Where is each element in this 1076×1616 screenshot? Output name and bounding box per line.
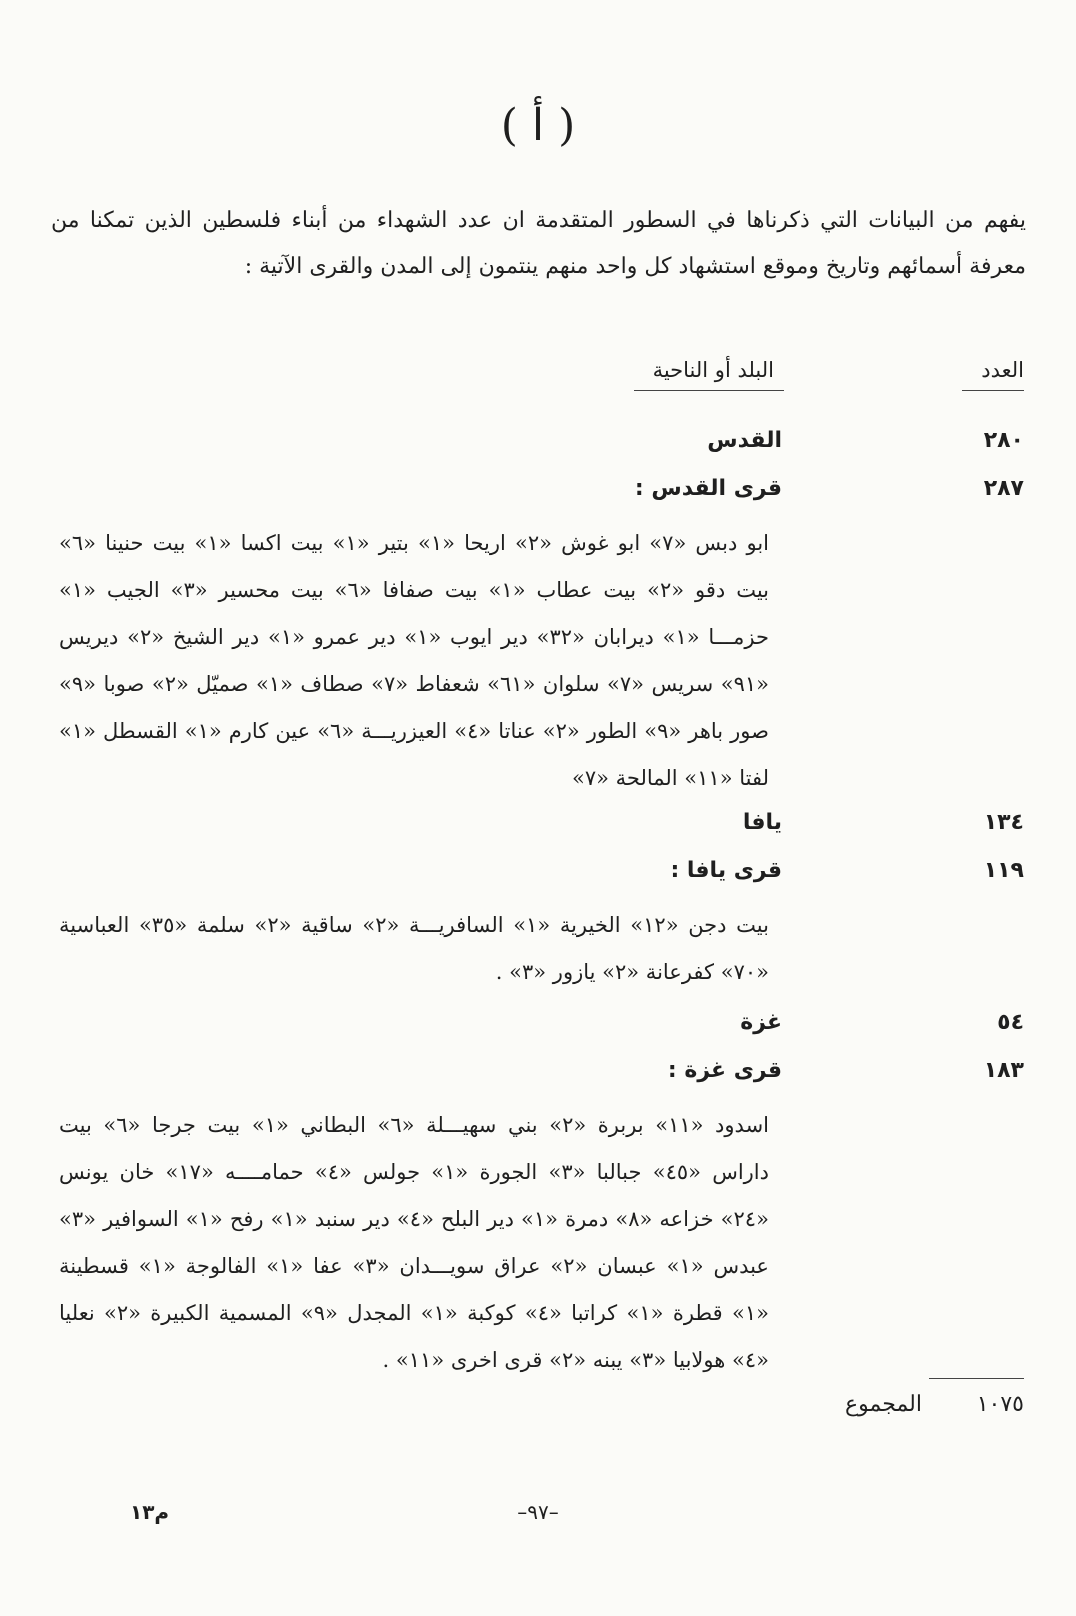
total-count: ١٠٧٥ [934,1392,1024,1417]
entry-name: يافا [743,810,782,835]
entry-row: ٥٤ غزة [94,1010,1024,1054]
total-row: ١٠٧٥ المجموع [845,1378,1024,1417]
column-header-underline [634,390,784,391]
entry-count: ١١٩ [874,858,1024,883]
column-header-place-label: البلد أو الناحية [653,358,774,382]
column-header-count-label: العدد [981,358,1024,382]
entry-name: القدس [707,428,782,453]
entry-count: ٢٨٧ [874,476,1024,501]
entry-gaza-villages: ١٨٣ قرى غزة : اسدود «١١» بربرة «٢» بني س… [94,1058,1024,1384]
entry-count: ٢٨٠ [874,428,1024,453]
total-label: المجموع [845,1392,922,1417]
village-list: بيت دجن «١٢» الخيرية «١» السافريـــة «٢»… [59,902,769,996]
entry-row: ١٣٤ يافا [94,810,1024,854]
document-page: ( أ ) يفهم من البيانات التي ذكرناها في ا… [0,0,1076,1616]
entry-gaza: ٥٤ غزة [94,1010,1024,1054]
section-letter: ( أ ) [0,100,1076,151]
village-list: ابو دبس «٧» ابو غوش «٢» اريحا «١» بتير «… [59,520,769,802]
entry-row: ٢٨٧ قرى القدس : [94,476,1024,520]
entry-name: قرى القدس : [635,476,782,501]
entry-row: ١٨٣ قرى غزة : [94,1058,1024,1102]
entry-row: ١١٩ قرى يافا : [94,858,1024,902]
entry-jaffa: ١٣٤ يافا [94,810,1024,854]
entry-jerusalem-villages: ٢٨٧ قرى القدس : ابو دبس «٧» ابو غوش «٢» … [94,476,1024,802]
column-header-count: العدد [962,358,1024,391]
total-rule [929,1378,1024,1379]
column-header-underline [962,390,1024,391]
entry-jerusalem: ٢٨٠ القدس [94,428,1024,472]
signature-mark: م١٣ [130,1500,169,1524]
entry-count: ١٣٤ [874,810,1024,835]
entry-row: ٢٨٠ القدس [94,428,1024,472]
column-header-place: البلد أو الناحية [634,358,774,391]
entry-count: ٥٤ [874,1010,1024,1035]
village-list: اسدود «١١» بربرة «٢» بني سهيـــلة «٦» ال… [59,1102,769,1384]
entry-name: قرى يافا : [670,858,782,883]
entry-count: ١٨٣ [874,1058,1024,1083]
entry-name: قرى غزة : [668,1058,782,1083]
entry-jaffa-villages: ١١٩ قرى يافا : بيت دجن «١٢» الخيرية «١» … [94,858,1024,996]
entry-name: غزة [740,1010,782,1035]
intro-paragraph: يفهم من البيانات التي ذكرناها في السطور … [51,198,1026,290]
